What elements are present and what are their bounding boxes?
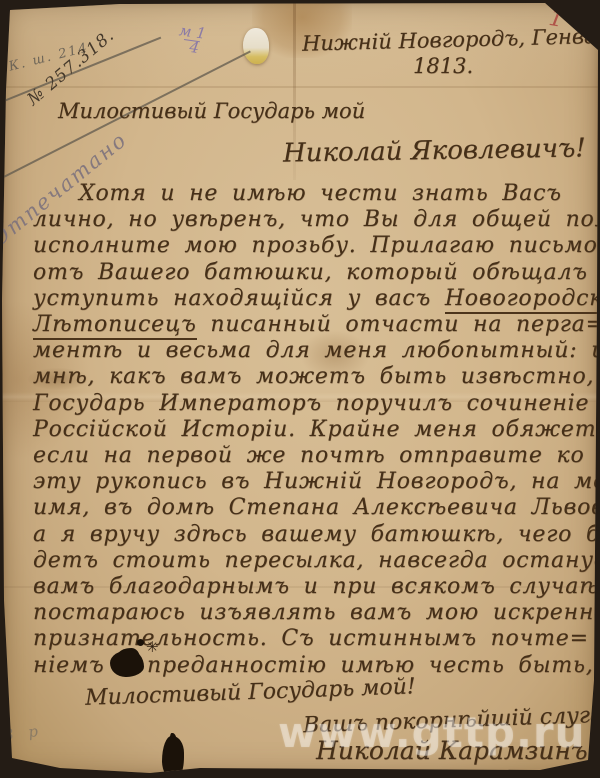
letter-line: вамъ благодарнымъ и при всякомъ случаѣ	[33, 574, 593, 600]
archival-fraction-mark: м 1 4	[176, 24, 206, 55]
letter-line: Россійской Исторіи. Крайне меня обяжете,	[33, 417, 593, 443]
dateline-place-date: Нижній Новгородъ, Генваря 14,	[302, 22, 600, 55]
letter-line: а я вручу здѣсь вашему батюшкѣ, чего бу=	[33, 522, 593, 548]
letter-line: уступить находящійся у васъ Новогородско…	[33, 286, 593, 312]
ink-insertion-mark: ✳	[146, 638, 159, 656]
closing-salutation: Милостивый Государь мой!	[85, 674, 416, 711]
letter-page: К. ш. 214 № 257.318. Отпечатано м 1 4 1 …	[0, 0, 600, 778]
site-watermark: www.gttp.ru	[278, 708, 586, 757]
letter-line: Государь Императоръ поручилъ сочиненіе	[33, 391, 593, 417]
letter-line: мнѣ, какъ вамъ можетъ быть извѣстно,	[33, 364, 593, 390]
letter-line: признательность. Съ истиннымъ почте=	[33, 626, 593, 652]
letter-line: эту рукопись въ Нижній Новгородъ, на мое	[33, 469, 593, 495]
letter-line: детъ стоить пересылка, навсегда останусь	[33, 548, 593, 574]
ink-blot	[137, 639, 144, 646]
ink-blot	[162, 736, 184, 778]
salutation-addressee: Николай Яковлевичъ!	[283, 133, 586, 168]
letter-line: отъ Вашего батюшки, который обѣщалъ мнѣ	[33, 260, 593, 286]
letter-line: Хотя и не имѣю чести знать Васъ	[33, 181, 593, 207]
underlined-word: Новогородской	[445, 286, 600, 314]
archival-price-mark: 3 р	[3, 721, 44, 744]
letter-line: если на первой же почтѣ отправите ко мнѣ	[33, 443, 593, 469]
dateline-year: 1813.	[413, 54, 473, 78]
letter-line: лично, но увѣренъ, что Вы для общей поль…	[33, 207, 593, 233]
wax-spot	[243, 28, 269, 64]
letter-line: ментѣ и весьма для меня любопытный: ибо	[33, 338, 593, 364]
letter-line-text: писанный отчасти на перга=	[197, 312, 600, 337]
underlined-word: Лѣтописецъ	[33, 312, 197, 340]
scanned-letter-photo: К. ш. 214 № 257.318. Отпечатано м 1 4 1 …	[0, 0, 600, 778]
letter-line: Лѣтописецъ писанный отчасти на перга=	[33, 312, 593, 338]
letter-line: имя, въ домѣ Степана Алексѣевича Львова;	[33, 495, 593, 521]
salutation-line: Милостивый Государь мой	[58, 99, 365, 123]
horizontal-fold-crease	[0, 86, 600, 88]
letter-body: Хотя и не имѣю чести знать Васъ лично, н…	[33, 181, 593, 679]
letter-line: постараюсь изъявлять вамъ мою искреннюю	[33, 600, 593, 626]
letter-line: исполните мою прозьбу. Прилагаю письмо	[33, 233, 593, 259]
letter-line-text: уступить находящійся у васъ	[33, 286, 445, 311]
ink-blot	[110, 650, 144, 677]
